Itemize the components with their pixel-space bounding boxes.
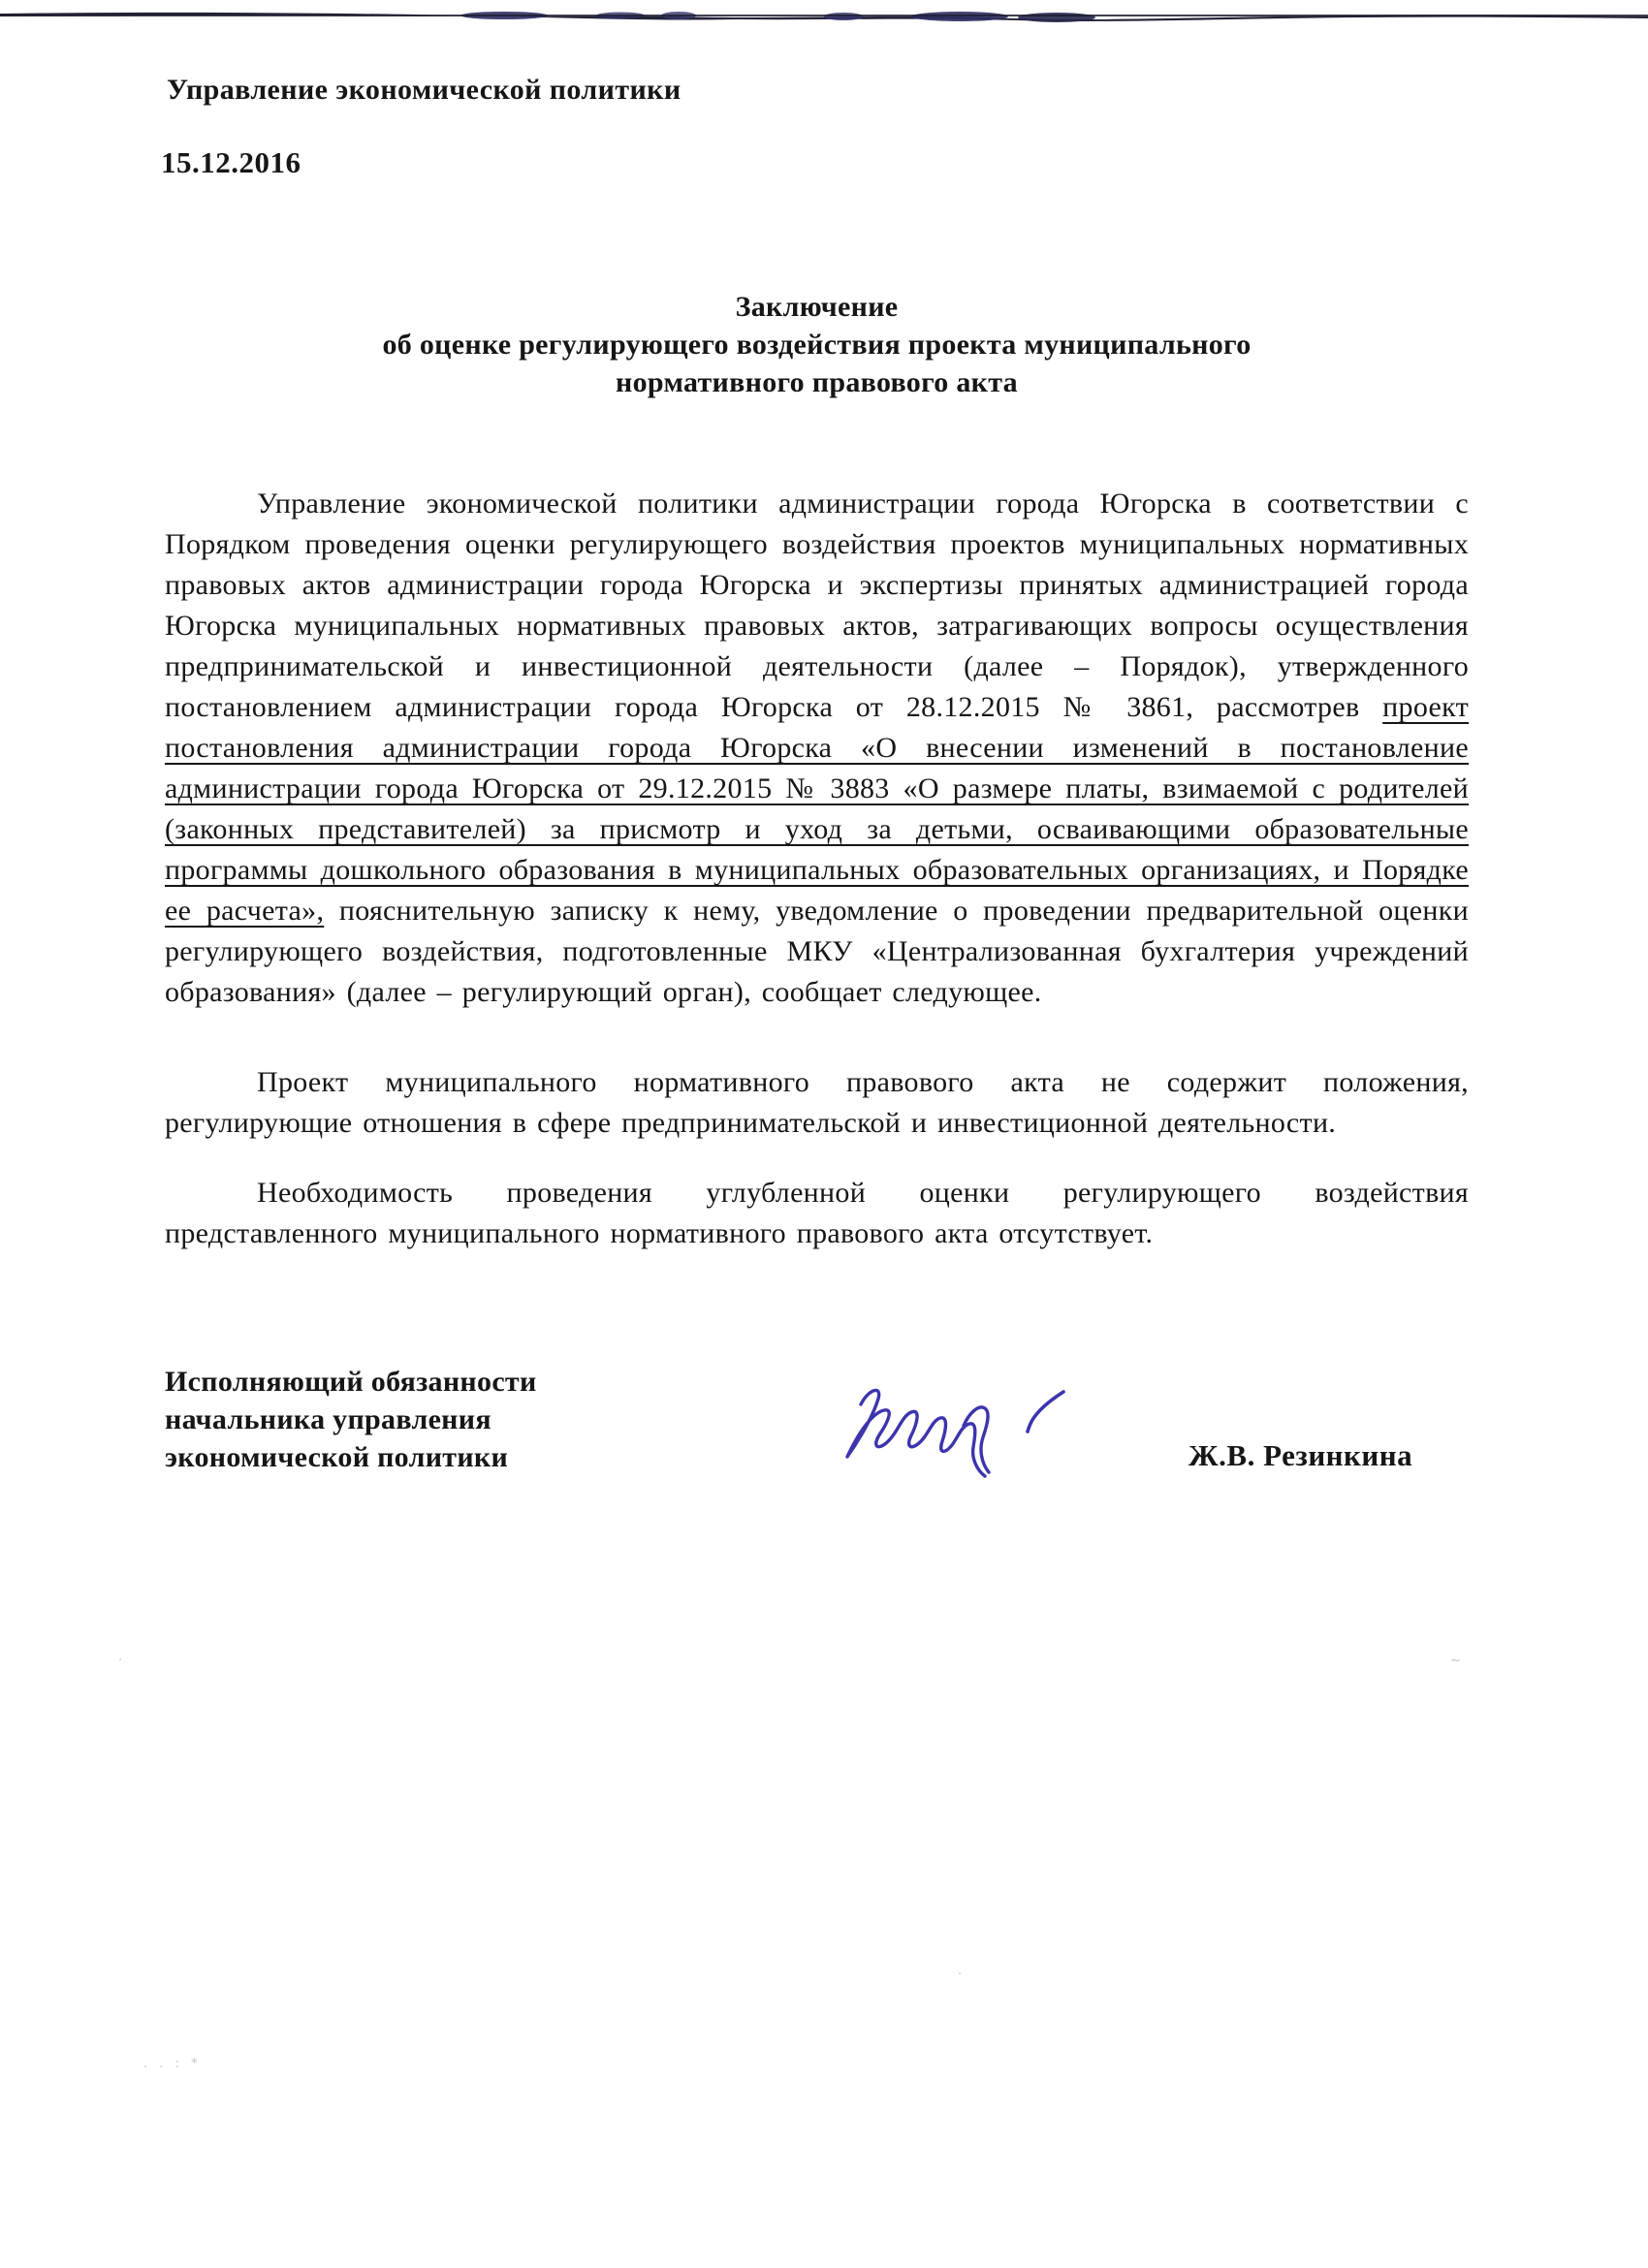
document-title-line2: об оценке регулирующего воздействия прое… (165, 326, 1469, 363)
document-title: Заключение об оценке регулирующего возде… (165, 288, 1469, 401)
scan-speck: . . : * (143, 2057, 202, 2071)
scan-speck: . (958, 1964, 962, 1978)
document-title-line1: Заключение (165, 288, 1469, 326)
signer-position-line2: начальника управления (165, 1401, 537, 1438)
signer-name: Ж.В. Резинкина (1188, 1438, 1412, 1473)
handwritten-signature (828, 1362, 1084, 1480)
signature-flick-stroke (1028, 1392, 1063, 1432)
paragraph-1-text: Управление экономической политики админи… (165, 488, 1469, 723)
department-name: Управление экономической политики (167, 74, 681, 107)
signer-position-line1: Исполняющий обязанности (165, 1363, 537, 1401)
signer-position: Исполняющий обязанности начальника управ… (165, 1363, 537, 1476)
paragraph-2: Проект муниципального нормативного право… (165, 1062, 1469, 1144)
signature-stroke (847, 1390, 989, 1476)
paragraph-1-underlined-citation: проект постановления администрации город… (165, 691, 1469, 927)
signer-position-line3: экономической политики (165, 1438, 537, 1476)
scanned-document-page: { "header": { "department": "Управление … (0, 0, 1648, 2268)
scan-artifact-band (0, 4, 1648, 29)
document-date: 15.12.2016 (161, 145, 301, 180)
paragraph-3: Необходимость проведения углубленной оце… (165, 1173, 1469, 1254)
paragraph-1-continuation: пояснительную записку к нему, уведомлени… (165, 895, 1469, 1008)
document-title-line3: нормативного правового акта (165, 363, 1469, 401)
scan-speck: ~ (1450, 1654, 1461, 1668)
scan-speck: . (118, 1650, 122, 1664)
paragraph-1: Управление экономической политики админи… (165, 484, 1469, 1013)
